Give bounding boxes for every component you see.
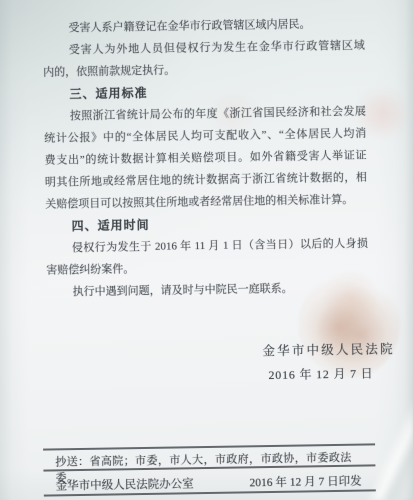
footer-issuer-office: 金华市中级人民法院办公室 (56, 475, 194, 493)
document-content: 受害人系户籍登记在金华市行政管辖区域内居民。受害人为外地人员但侵权行为发生在金华… (0, 0, 413, 500)
body-line: 执行中遇到问题，请及时与中院民一庭联系。 (46, 276, 368, 303)
signature-court-name: 金华市中级人民法院 (258, 339, 398, 359)
document-photo: 受害人系户籍登记在金华市行政管辖区域内居民。受害人为外地人员但侵权行为发生在金华… (0, 0, 413, 500)
footer-issue-date: 2016 年 12 月 7 日印发 (249, 473, 361, 491)
signature-date: 2016 年 12 月 7 日 (261, 364, 381, 383)
document-body: 受害人系户籍登记在金华市行政管辖区域内居民。受害人为外地人员但侵权行为发生在金华… (42, 12, 368, 303)
